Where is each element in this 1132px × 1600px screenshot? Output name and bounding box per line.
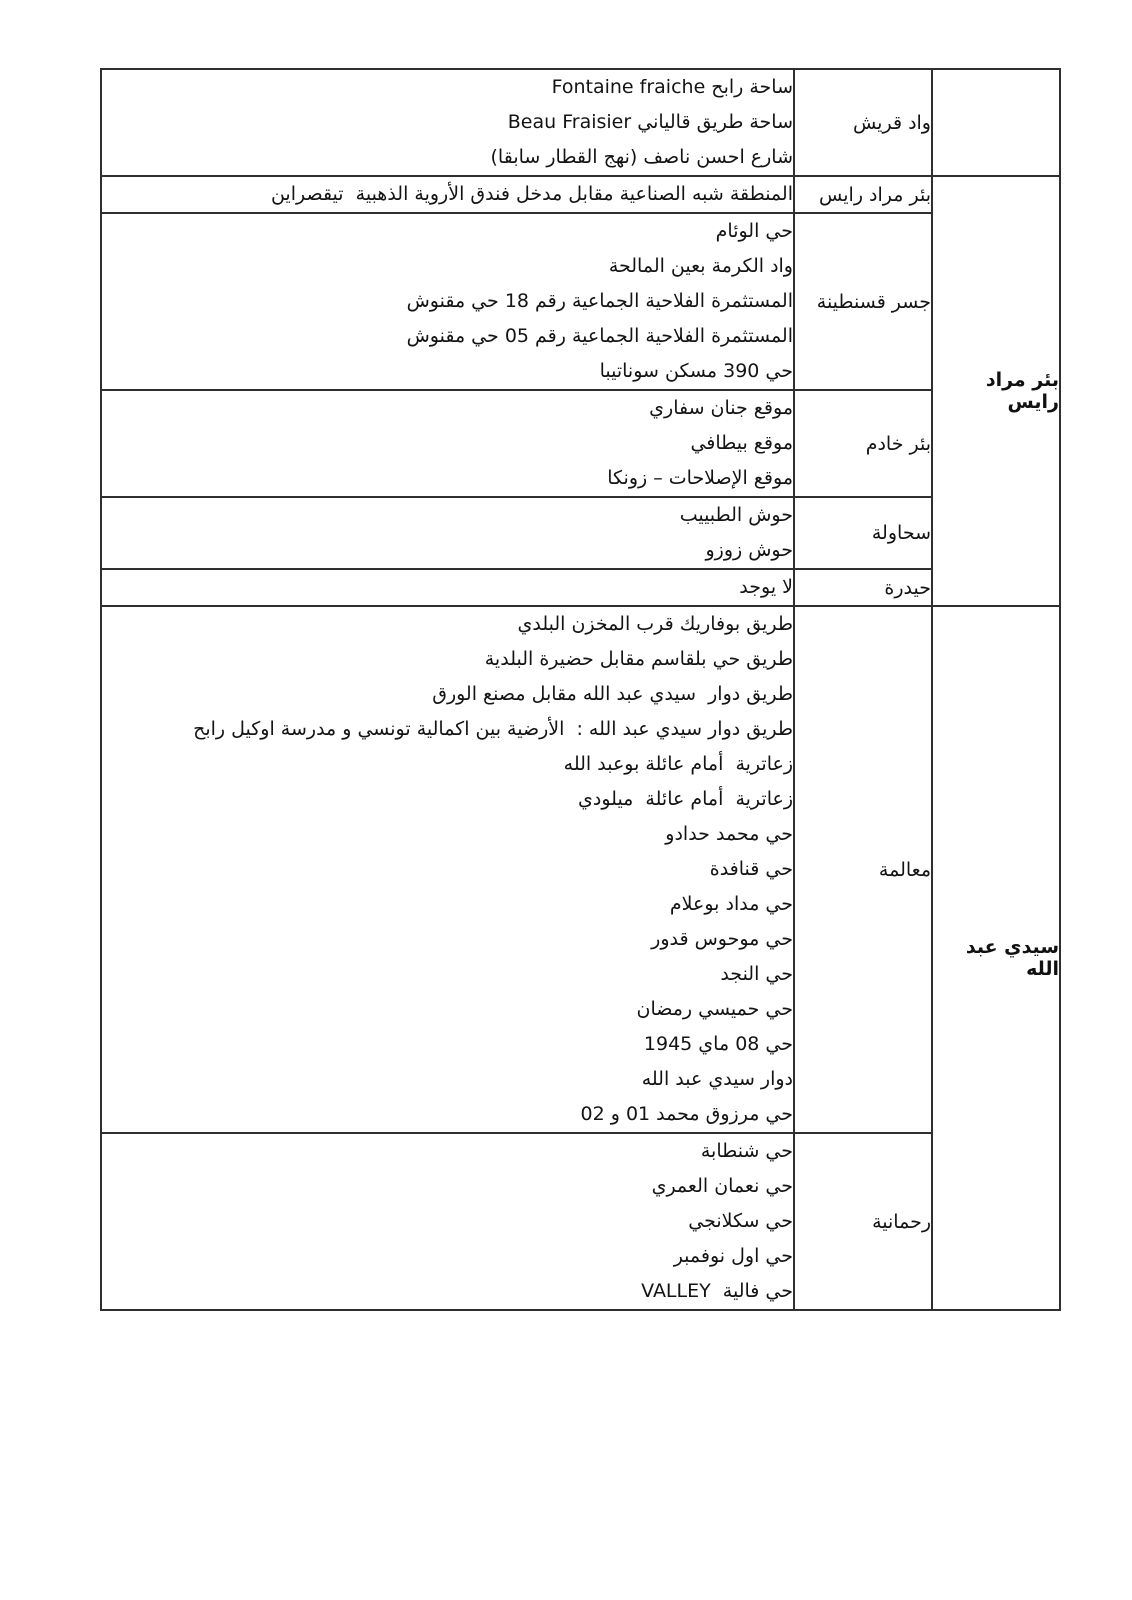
document-page: واد قريش ساحة رابح Fontaine fraiche ساحة…	[0, 0, 1132, 1600]
district-cell-empty	[932, 69, 1060, 176]
locations-table: واد قريش ساحة رابح Fontaine fraiche ساحة…	[100, 68, 1061, 1311]
place-line: حي الوئام	[102, 214, 793, 249]
place-line: حي موحوس قدور	[102, 922, 793, 957]
district-cell-sidi-abdellah: سيدي عبد الله	[932, 606, 1060, 1310]
table-row: جسر قسنطينة حي الوئام واد الكرمة بعين ال…	[101, 213, 1060, 390]
place-line: طريق حي بلقاسم مقابل حضيرة البلدية	[102, 642, 793, 677]
place-line: حي مرزوق محمد 01 و 02	[102, 1097, 793, 1132]
place-line: حي 08 ماي 1945	[102, 1027, 793, 1062]
place-line: المستثمرة الفلاحية الجماعية رقم 05 حي مق…	[102, 319, 793, 354]
places-cell: طريق بوفاريك قرب المخزن البلدي طريق حي ب…	[101, 606, 794, 1133]
district-cell-bir-mourad-rais: بئر مراد رايس	[932, 176, 1060, 606]
places-cell: موقع جنان سفاري موقع بيطافي موقع الإصلاح…	[101, 390, 794, 497]
commune-cell: بئر خادم	[794, 390, 932, 497]
commune-cell: سحاولة	[794, 497, 932, 569]
commune-cell: واد قريش	[794, 69, 932, 176]
places-cell: المنطقة شبه الصناعية مقابل مدخل فندق الأ…	[101, 176, 794, 213]
places-cell: لا يوجد	[101, 569, 794, 606]
place-line: موقع جنان سفاري	[102, 391, 793, 426]
place-line: طريق دوار سيدي عبد الله مقابل مصنع الورق	[102, 677, 793, 712]
place-line: حي نعمان العمري	[102, 1169, 793, 1204]
table-row: رحمانية حي شنطابة حي نعمان العمري حي سكل…	[101, 1133, 1060, 1310]
place-line: حوش زوزو	[102, 533, 793, 568]
table-row: واد قريش ساحة رابح Fontaine fraiche ساحة…	[101, 69, 1060, 176]
commune-cell: جسر قسنطينة	[794, 213, 932, 390]
place-line: زعاترية أمام عائلة بوعبد الله	[102, 747, 793, 782]
place-line: حوش الطبييب	[102, 498, 793, 533]
place-line: حي اول نوفمبر	[102, 1239, 793, 1274]
place-line: موقع الإصلاحات – زونكا	[102, 461, 793, 496]
place-line: حي محمد حدادو	[102, 817, 793, 852]
places-cell: حوش الطبييب حوش زوزو	[101, 497, 794, 569]
commune-cell: معالمة	[794, 606, 932, 1133]
place-line: دوار سيدي عبد الله	[102, 1062, 793, 1097]
place-line: طريق بوفاريك قرب المخزن البلدي	[102, 607, 793, 642]
place-line: حي حميسي رمضان	[102, 992, 793, 1027]
place-line: زعاترية أمام عائلة ميلودي	[102, 782, 793, 817]
place-line: حي فالية VALLEY	[102, 1274, 793, 1309]
place-line: حي النجد	[102, 957, 793, 992]
place-line: حي مداد بوعلام	[102, 887, 793, 922]
places-cell: حي شنطابة حي نعمان العمري حي سكلانجي حي …	[101, 1133, 794, 1310]
place-line: حي سكلانجي	[102, 1204, 793, 1239]
place-line: حي قنافدة	[102, 852, 793, 887]
place-line: حي 390 مسكن سوناتيبا	[102, 354, 793, 389]
place-line: ساحة طريق قالياني Beau Fraisier	[102, 105, 793, 140]
place-line: المستثمرة الفلاحية الجماعية رقم 18 حي مق…	[102, 284, 793, 319]
commune-cell: حيدرة	[794, 569, 932, 606]
place-line: لا يوجد	[102, 570, 793, 605]
place-line: ساحة رابح Fontaine fraiche	[102, 70, 793, 105]
places-cell: حي الوئام واد الكرمة بعين المالحة المستث…	[101, 213, 794, 390]
commune-cell: رحمانية	[794, 1133, 932, 1310]
place-line: طريق دوار سيدي عبد الله : الأرضية بين اك…	[102, 712, 793, 747]
commune-cell: بئر مراد رايس	[794, 176, 932, 213]
place-line: موقع بيطافي	[102, 426, 793, 461]
places-cell: ساحة رابح Fontaine fraiche ساحة طريق قال…	[101, 69, 794, 176]
table-row: بئر مراد رايس بئر مراد رايس المنطقة شبه …	[101, 176, 1060, 213]
table-row: سحاولة حوش الطبييب حوش زوزو	[101, 497, 1060, 569]
place-line: المنطقة شبه الصناعية مقابل مدخل فندق الأ…	[102, 177, 793, 212]
table-row: حيدرة لا يوجد	[101, 569, 1060, 606]
place-line: حي شنطابة	[102, 1134, 793, 1169]
place-line: شارع احسن ناصف (نهج القطار سابقا)	[102, 140, 793, 175]
table-row: سيدي عبد الله معالمة طريق بوفاريك قرب ال…	[101, 606, 1060, 1133]
place-line: واد الكرمة بعين المالحة	[102, 249, 793, 284]
table-row: بئر خادم موقع جنان سفاري موقع بيطافي موق…	[101, 390, 1060, 497]
